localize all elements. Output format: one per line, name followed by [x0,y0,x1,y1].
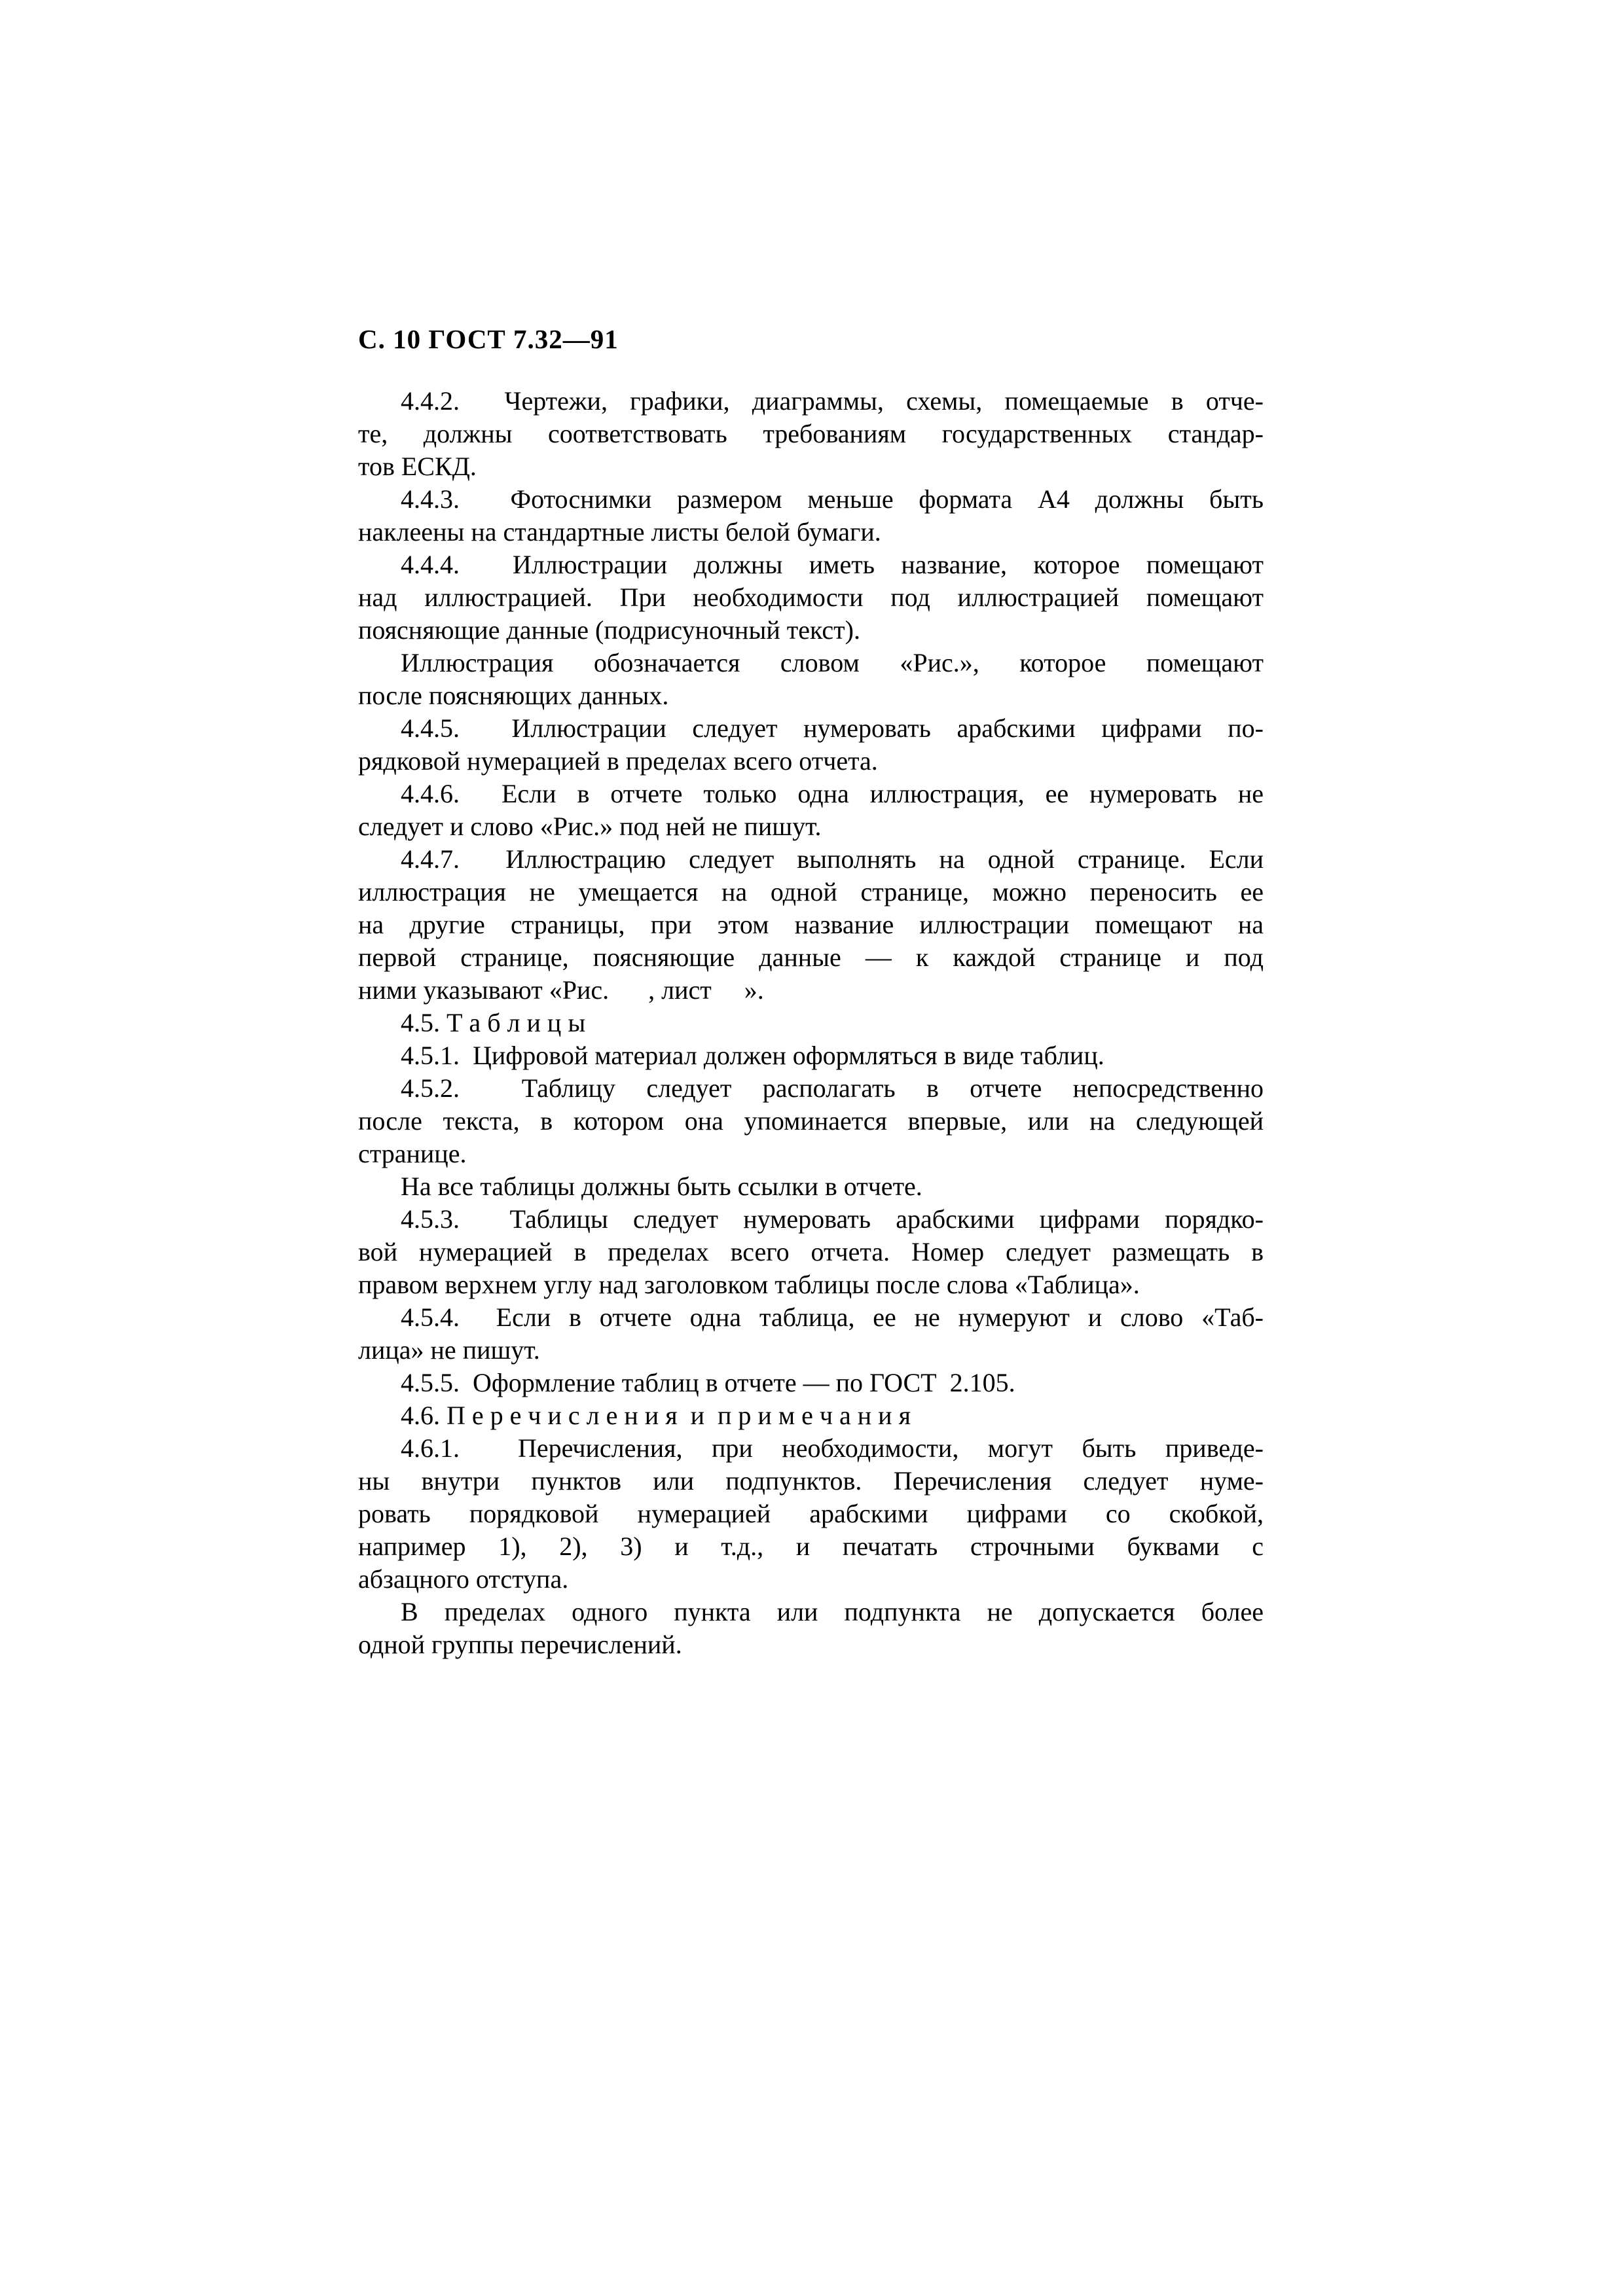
text-line: 4.5.5. Оформление таблиц в отчете — по Г… [358,1367,1264,1399]
text-line: вой нумерацией в пределах всего отчета. … [358,1236,1264,1268]
text-line: над иллюстрацией. При необходимости под … [358,581,1264,614]
text-line: одной группы перечислений. [358,1628,1264,1661]
text-line: первой странице, поясняющие данные — к к… [358,941,1264,974]
text-line: 4.6.1. Перечисления, при необходимости, … [358,1432,1264,1465]
text-line: 4.5.1. Цифровой материал должен оформлят… [358,1039,1264,1072]
text-line: 4.4.3. Фотоснимки размером меньше формат… [358,483,1264,516]
text-line: 4.4.2. Чертежи, графики, диаграммы, схем… [358,385,1264,418]
text-line: правом верхнем углу над заголовком табли… [358,1268,1264,1301]
text-line: наклеены на стандартные листы белой бума… [358,516,1264,548]
text-line: 4.5.2. Таблицу следует располагать в отч… [358,1072,1264,1105]
text-line: тов ЕСКД. [358,450,1264,483]
document-page: С. 10 ГОСТ 7.32—91 4.4.2. Чертежи, графи… [0,0,1623,2296]
document-body: 4.4.2. Чертежи, графики, диаграммы, схем… [358,385,1264,1661]
text-line: поясняющие данные (подрисуночный текст). [358,614,1264,647]
text-line: следует и слово «Рис.» под ней не пишут. [358,810,1264,843]
text-line: 4.6. П е р е ч и с л е н и я и п р и м е… [358,1399,1264,1432]
text-line: 4.5.4. Если в отчете одна таблица, ее не… [358,1301,1264,1334]
text-line: рядковой нумерацией в пределах всего отч… [358,745,1264,778]
text-line: 4.4.5. Иллюстрации следует нумеровать ар… [358,712,1264,745]
text-line: после текста, в котором она упоминается … [358,1105,1264,1138]
text-line: ними указывают «Рис. , лист ». [358,974,1264,1007]
text-line: 4.4.7. Иллюстрацию следует выполнять на … [358,843,1264,876]
text-line: Иллюстрация обозначается словом «Рис.», … [358,647,1264,679]
text-line: иллюстрация не умещается на одной страни… [358,876,1264,908]
text-line: 4.4.6. Если в отчете только одна иллюстр… [358,778,1264,810]
text-line: На все таблицы должны быть ссылки в отче… [358,1170,1264,1203]
text-line: 4.5.3. Таблицы следует нумеровать арабск… [358,1203,1264,1236]
text-line: лица» не пишут. [358,1334,1264,1367]
text-line: на другие страницы, при этом название ил… [358,908,1264,941]
text-line: 4.4.4. Иллюстрации должны иметь название… [358,548,1264,581]
text-line: те, должны соответствовать требованиям г… [358,418,1264,450]
text-line: ны внутри пунктов или подпунктов. Перечи… [358,1465,1264,1498]
text-line: после поясняющих данных. [358,679,1264,712]
text-line: 4.5. Т а б л и ц ы [358,1007,1264,1039]
text-line: ровать порядковой нумерацией арабскими ц… [358,1498,1264,1530]
text-line: например 1), 2), 3) и т.д., и печатать с… [358,1530,1264,1563]
text-line: странице. [358,1138,1264,1170]
text-line: абзацного отступа. [358,1563,1264,1596]
text-line: В пределах одного пункта или подпункта н… [358,1596,1264,1628]
page-header: С. 10 ГОСТ 7.32—91 [358,326,619,352]
